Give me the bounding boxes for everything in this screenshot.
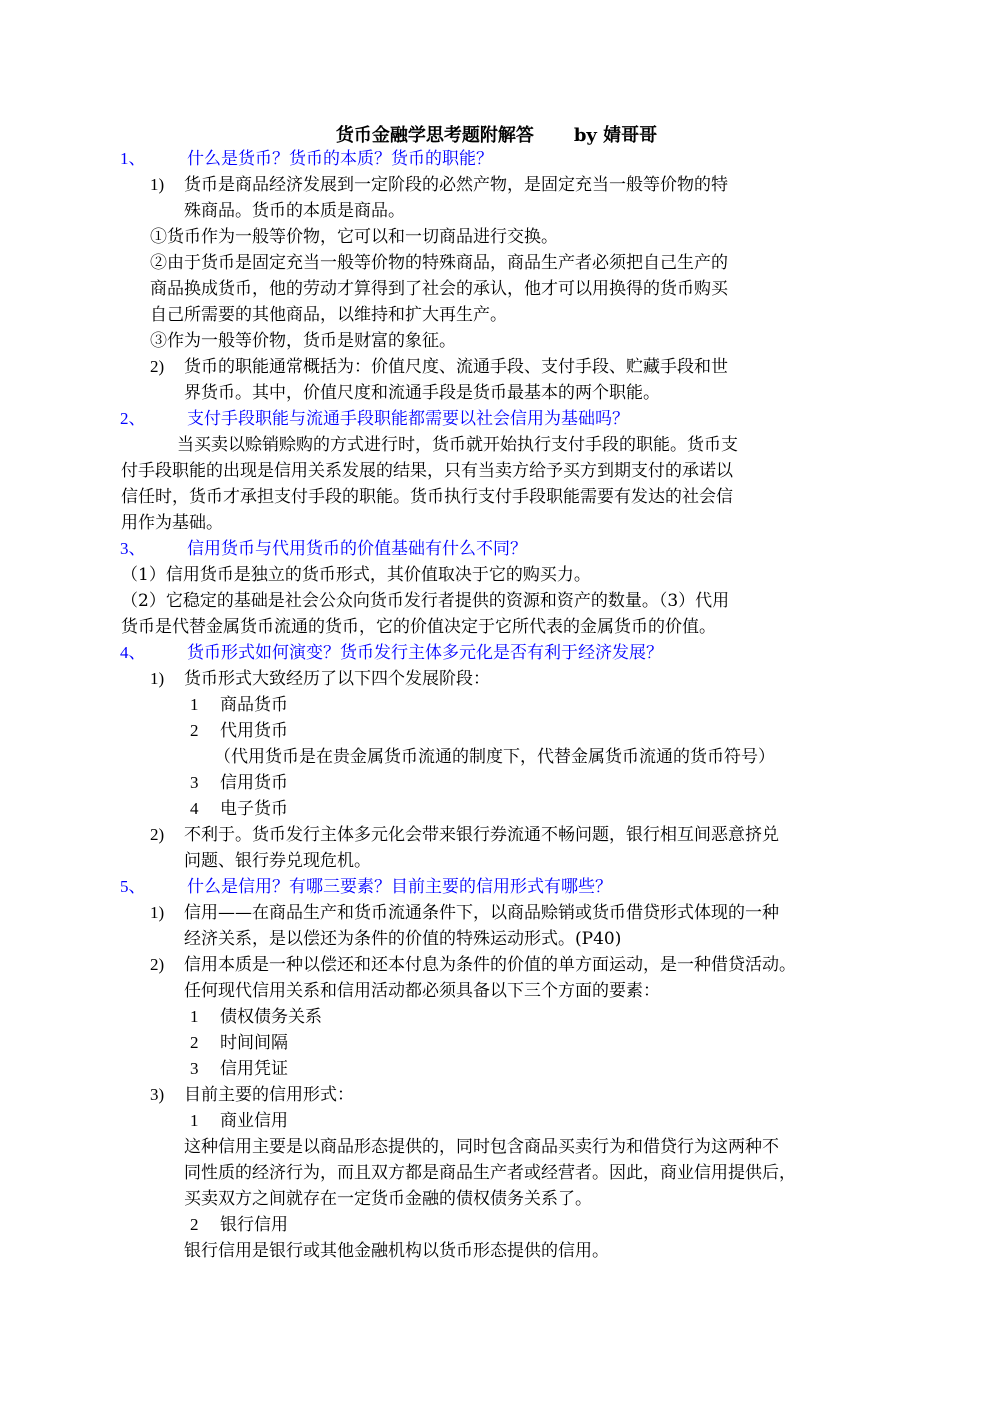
answer-line: ③作为一般等价物，货币是财富的象征。 <box>150 328 456 354</box>
item-number: 3) <box>150 1082 184 1108</box>
answer-line: 任何现代信用关系和信用活动都必须具备以下三个方面的要素： <box>184 978 660 1004</box>
item-text: 银行信用 <box>220 1215 288 1235</box>
answer-text: 货币的职能通常概括为：价值尺度、流通手段、支付手段、贮藏手段和世 <box>184 357 728 377</box>
list-item: 1商业信用 <box>190 1108 288 1134</box>
answer-line: 这种信用主要是以商品形态提供的，同时包含商品买卖行为和借贷行为这两种不 <box>184 1134 779 1160</box>
answer-line: 问题、银行券兑现危机。 <box>184 848 371 874</box>
item-number: 1 <box>190 1004 220 1030</box>
answer-line: ①货币作为一般等价物，它可以和一切商品进行交换。 <box>150 224 558 250</box>
question-text: 信用货币与代用货币的价值基础有什么不同？ <box>187 536 527 562</box>
answer-text: 目前主要的信用形式： <box>184 1085 354 1105</box>
item-text: 商业信用 <box>220 1111 288 1131</box>
item-text: 电子货币 <box>220 799 288 819</box>
item-number: 1) <box>150 900 184 926</box>
list-item: 2银行信用 <box>190 1212 288 1238</box>
list-item: 3信用货币 <box>190 770 288 796</box>
answer-line: （代用货币是在贵金属货币流通的制度下，代替金属货币流通的货币符号） <box>214 744 775 770</box>
list-item: 2时间间隔 <box>190 1030 288 1056</box>
list-item: 4电子货币 <box>190 796 288 822</box>
answer-line: 1)货币形式大致经历了以下四个发展阶段： <box>150 666 490 692</box>
document-title: 货币金融学思考题附解答by 婧哥哥 <box>0 121 993 147</box>
answer-line: （1）信用货币是独立的货币形式，其价值取决于它的购买力。 <box>121 562 591 588</box>
item-number: 2) <box>150 952 184 978</box>
item-number: 1) <box>150 172 184 198</box>
question-number: 2、 <box>120 406 146 432</box>
item-number: 3 <box>190 770 220 796</box>
item-number: 3 <box>190 1056 220 1082</box>
answer-line: 1)货币是商品经济发展到一定阶段的必然产物，是固定充当一般等价物的特 <box>150 172 728 198</box>
question-number: 4、 <box>120 640 146 666</box>
item-text: 商品货币 <box>220 695 288 715</box>
item-text: 代用货币 <box>220 721 288 741</box>
question-number: 3、 <box>120 536 146 562</box>
answer-line: 界货币。其中，价值尺度和流通手段是货币最基本的两个职能。 <box>184 380 660 406</box>
answer-line: 2)货币的职能通常概括为：价值尺度、流通手段、支付手段、贮藏手段和世 <box>150 354 728 380</box>
answer-line: 货币是代替金属货币流通的货币，它的价值决定于它所代表的金属货币的价值。 <box>121 614 716 640</box>
item-number: 1 <box>190 692 220 718</box>
list-item: 1债权债务关系 <box>190 1004 322 1030</box>
item-number: 1 <box>190 1108 220 1134</box>
answer-text: 信用——在商品生产和货币流通条件下，以商品赊销或货币借贷形式体现的一种 <box>184 903 779 923</box>
answer-line: 当买卖以赊销赊购的方式进行时，货币就开始执行支付手段的职能。货币支 <box>177 432 738 458</box>
question-number: 1、 <box>120 146 146 172</box>
answer-line: 商品换成货币，他的劳动才算得到了社会的承认，他才可以用换得的货币购买 <box>150 276 728 302</box>
item-text: 时间间隔 <box>220 1033 288 1053</box>
author-text: by 婧哥哥 <box>574 125 657 146</box>
list-item: 1商品货币 <box>190 692 288 718</box>
item-text: 债权债务关系 <box>220 1007 322 1027</box>
item-number: 2 <box>190 718 220 744</box>
question-text: 货币形式如何演变？货币发行主体多元化是否有利于经济发展？ <box>187 640 663 666</box>
question-text: 支付手段职能与流通手段职能都需要以社会信用为基础吗？ <box>187 406 629 432</box>
question-number: 5、 <box>120 874 146 900</box>
answer-text: 货币形式大致经历了以下四个发展阶段： <box>184 669 490 689</box>
answer-line: 用作为基础。 <box>121 510 223 536</box>
answer-line: 3)目前主要的信用形式： <box>150 1082 354 1108</box>
item-number: 2 <box>190 1030 220 1056</box>
question-text: 什么是货币？货币的本质？货币的职能？ <box>187 146 493 172</box>
answer-text: 不利于。货币发行主体多元化会带来银行券流通不畅问题，银行相互间恶意挤兑 <box>184 825 779 845</box>
question-text: 什么是信用？有哪三要素？目前主要的信用形式有哪些？ <box>187 874 612 900</box>
answer-text: 货币是商品经济发展到一定阶段的必然产物，是固定充当一般等价物的特 <box>184 175 728 195</box>
item-number: 2) <box>150 354 184 380</box>
item-number: 2 <box>190 1212 220 1238</box>
answer-line: 同性质的经济行为，而且双方都是商品生产者或经营者。因此，商业信用提供后， <box>184 1160 796 1186</box>
answer-line: 买卖双方之间就存在一定货币金融的债权债务关系了。 <box>184 1186 592 1212</box>
answer-text: 信用本质是一种以偿还和还本付息为条件的价值的单方面运动，是一种借贷活动。 <box>184 955 796 975</box>
list-item: 2代用货币 <box>190 718 288 744</box>
answer-line: 2)信用本质是一种以偿还和还本付息为条件的价值的单方面运动，是一种借贷活动。 <box>150 952 796 978</box>
answer-line: 银行信用是银行或其他金融机构以货币形态提供的信用。 <box>184 1238 609 1264</box>
answer-line: 殊商品。货币的本质是商品。 <box>184 198 405 224</box>
item-text: 信用货币 <box>220 773 288 793</box>
item-number: 2) <box>150 822 184 848</box>
item-text: 信用凭证 <box>220 1059 288 1079</box>
answer-line: ②由于货币是固定充当一般等价物的特殊商品，商品生产者必须把自己生产的 <box>150 250 728 276</box>
item-number: 4 <box>190 796 220 822</box>
answer-line: 信任时，货币才承担支付手段的职能。货币执行支付手段职能需要有发达的社会信 <box>121 484 733 510</box>
answer-line: 自己所需要的其他商品，以维持和扩大再生产。 <box>150 302 507 328</box>
list-item: 3信用凭证 <box>190 1056 288 1082</box>
answer-line: 经济关系，是以偿还为条件的价值的特殊运动形式。(P40) <box>184 926 621 952</box>
answer-line: 1)信用——在商品生产和货币流通条件下，以商品赊销或货币借贷形式体现的一种 <box>150 900 779 926</box>
title-text: 货币金融学思考题附解答 <box>336 125 534 146</box>
answer-line: （2）它稳定的基础是社会公众向货币发行者提供的资源和资产的数量。（3）代用 <box>121 588 729 614</box>
item-number: 1) <box>150 666 184 692</box>
document-page: 货币金融学思考题附解答by 婧哥哥 1、 什么是货币？货币的本质？货币的职能？ … <box>0 0 993 1404</box>
answer-line: 2)不利于。货币发行主体多元化会带来银行券流通不畅问题，银行相互间恶意挤兑 <box>150 822 779 848</box>
answer-line: 付手段职能的出现是信用关系发展的结果，只有当卖方给予买方到期支付的承诺以 <box>121 458 733 484</box>
